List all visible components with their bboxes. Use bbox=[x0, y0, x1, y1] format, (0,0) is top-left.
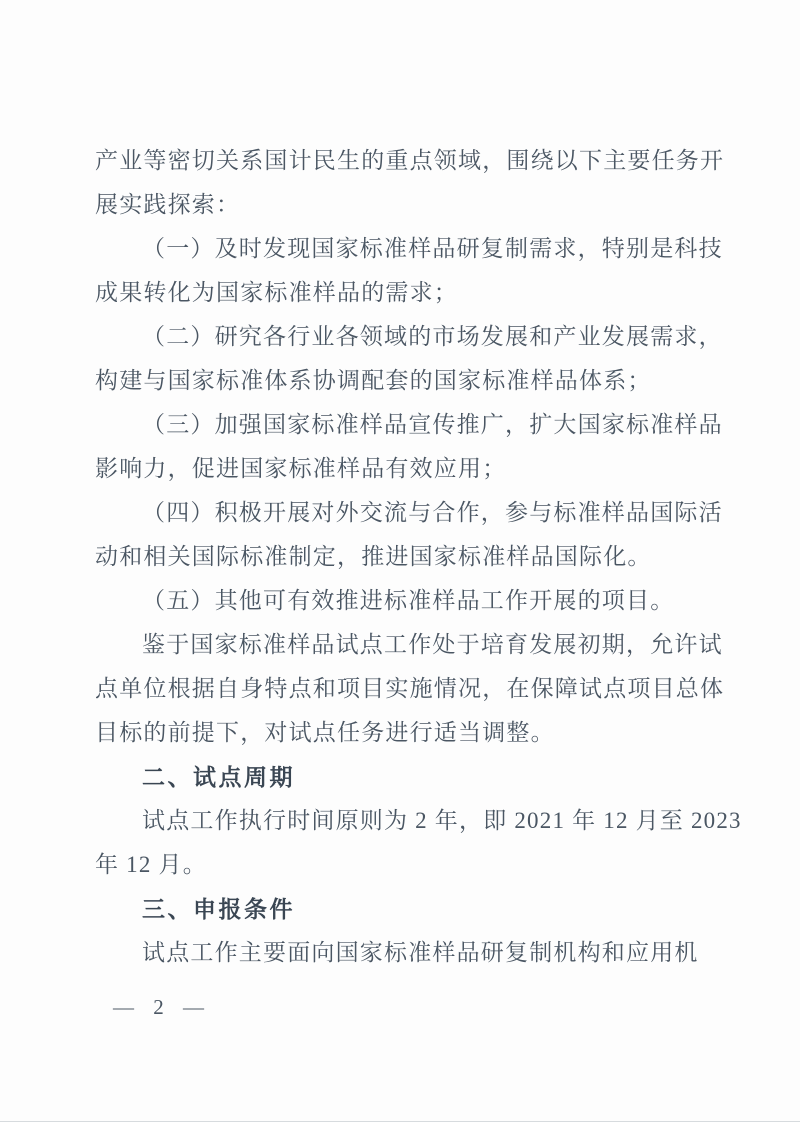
text-line: 成果转化为国家标准样品的需求； bbox=[95, 271, 713, 315]
text-line: 影响力，促进国家标准样品有效应用； bbox=[95, 447, 713, 491]
document-page: 产业等密切关系国计民生的重点领域，围绕以下主要任务开展实践探索：（一）及时发现国… bbox=[0, 0, 800, 1128]
text-line: （三）加强国家标准样品宣传推广，扩大国家标准样品 bbox=[95, 403, 713, 447]
section-heading: 三、申报条件 bbox=[95, 887, 713, 931]
text-line: 目标的前提下，对试点任务进行适当调整。 bbox=[95, 711, 713, 755]
document-body: 产业等密切关系国计民生的重点领域，围绕以下主要任务开展实践探索：（一）及时发现国… bbox=[95, 139, 713, 975]
text-line: 试点工作执行时间原则为 2 年，即 2021 年 12 月至 2023 bbox=[95, 799, 713, 843]
section-heading: 二、试点周期 bbox=[95, 755, 713, 799]
text-line: 展实践探索： bbox=[95, 183, 713, 227]
text-line: 点单位根据自身特点和项目实施情况，在保障试点项目总体 bbox=[95, 667, 713, 711]
text-line: 动和相关国际标准制定，推进国家标准样品国际化。 bbox=[95, 535, 713, 579]
text-line: （一）及时发现国家标准样品研复制需求，特别是科技 bbox=[95, 227, 713, 271]
text-line: 试点工作主要面向国家标准样品研复制机构和应用机 bbox=[95, 931, 713, 975]
text-line: 鉴于国家标准样品试点工作处于培育发展初期，允许试 bbox=[95, 623, 713, 667]
text-line: （二）研究各行业各领域的市场发展和产业发展需求， bbox=[95, 315, 713, 359]
page-number: — 2 — bbox=[113, 995, 211, 1020]
text-line: 构建与国家标准体系协调配套的国家标准样品体系； bbox=[95, 359, 713, 403]
page-edge-below-area bbox=[0, 1122, 800, 1128]
text-line: 年 12 月。 bbox=[95, 843, 713, 887]
text-line: 产业等密切关系国计民生的重点领域，围绕以下主要任务开 bbox=[95, 139, 713, 183]
text-line: （五）其他可有效推进标准样品工作开展的项目。 bbox=[95, 579, 713, 623]
text-line: （四）积极开展对外交流与合作，参与标准样品国际活 bbox=[95, 491, 713, 535]
